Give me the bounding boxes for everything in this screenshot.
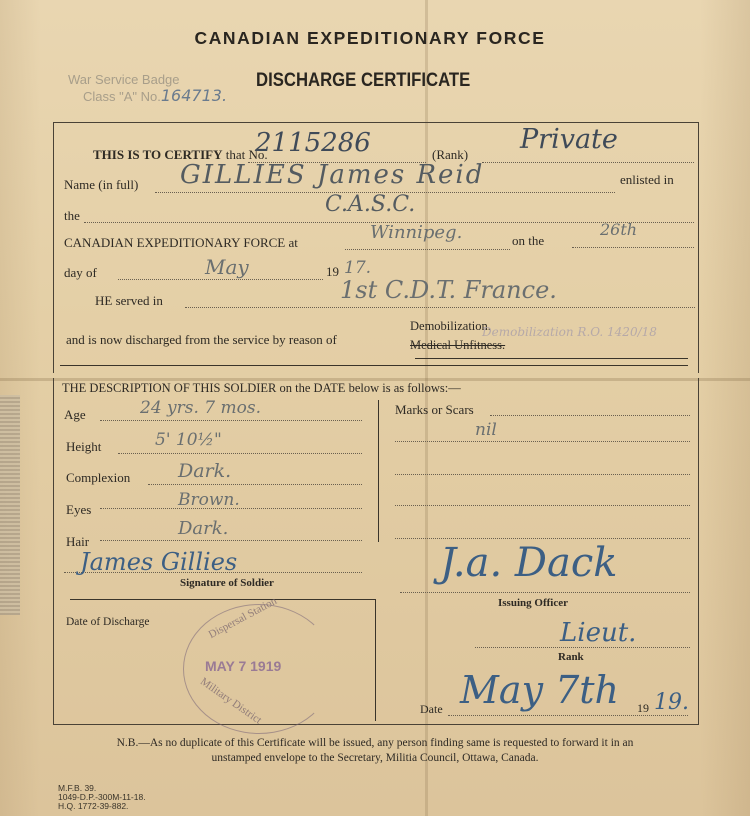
stamp-date: MAY 7 1919 (205, 658, 281, 674)
marks-line-4 (395, 505, 690, 506)
form-code-3: H.Q. 1772-39-882. (58, 802, 146, 811)
soldier-signature: James Gillies (80, 548, 237, 576)
enlisted-label: enlisted in (620, 172, 674, 188)
hair-value: Dark. (178, 518, 228, 539)
cef-at-label: CANADIAN EXPEDITIONARY FORCE at (64, 235, 298, 251)
nb-note-line2: unstamped envelope to the Secretary, Mil… (0, 751, 750, 766)
discharge-reason-label: and is now discharged from the service b… (66, 332, 337, 348)
soldier-signature-label: Signature of Soldier (180, 577, 274, 589)
date-line (448, 715, 688, 716)
badge-stamp-line2: Class "A" No.164713. (58, 88, 227, 105)
badge-number: 164713. (161, 86, 227, 105)
nb-note-line1: N.B.—As no duplicate of this Certificate… (0, 736, 750, 751)
nb-note: N.B.—As no duplicate of this Certificate… (0, 736, 750, 766)
name-label: Name (in full) (64, 177, 138, 193)
signed-year: 19. (654, 690, 689, 715)
enlistment-year: 17. (344, 258, 371, 278)
marks-label: Marks or Scars (395, 402, 474, 418)
unit-value: C.A.S.C. (325, 192, 415, 217)
date-label: Date (420, 702, 443, 717)
document-subtitle: DISCHARGE CERTIFICATE (256, 70, 470, 92)
month-line (118, 279, 323, 280)
day-line (572, 247, 694, 248)
complexion-line (148, 484, 362, 485)
hair-line (100, 540, 362, 541)
description-heading: THE DESCRIPTION OF THIS SOLDIER on the D… (62, 381, 461, 396)
discharge-box-top (70, 599, 375, 600)
reason-demobilization: Demobilization. (410, 319, 491, 334)
age-value: 24 yrs. 7 mos. (140, 398, 261, 418)
signed-date: May 7th (460, 668, 619, 712)
age-label: Age (64, 407, 86, 423)
on-the-label: on the (512, 233, 544, 249)
age-line (100, 420, 362, 421)
height-label: Height (66, 439, 101, 455)
service-number: 2115286 (255, 128, 371, 158)
marks-line-3 (395, 474, 690, 475)
eyes-label: Eyes (66, 502, 91, 518)
signed-year-prefix: 19 (637, 701, 649, 716)
marks-line-2 (395, 441, 690, 442)
served-value: 1st C.D.T. France. (340, 276, 557, 304)
reason-rule (415, 358, 688, 359)
rank-value: Private (520, 124, 618, 155)
day-of-label: day of (64, 265, 97, 281)
discharge-box-right (375, 599, 376, 721)
height-line (118, 453, 362, 454)
reason-medical-unfitness: Medical Unfitness. (410, 338, 505, 353)
complexion-label: Complexion (66, 470, 130, 486)
served-line (185, 307, 695, 308)
officer-signature: J.a. Dack (440, 540, 617, 586)
issuing-officer-label: Issuing Officer (498, 597, 568, 609)
served-label: HE served in (95, 293, 163, 309)
year-prefix: 19 (326, 264, 339, 280)
reason-stamp: Demobilization R.O. 1420/18 (482, 325, 657, 339)
rank-line (482, 162, 694, 163)
enlistment-month: May (205, 255, 249, 279)
soldier-name: GILLIES James Reid (180, 160, 484, 190)
torn-edge-tape (0, 395, 20, 615)
height-value: 5' 10½" (155, 430, 222, 450)
enlistment-day: 26th (600, 220, 637, 239)
description-divider (378, 400, 379, 542)
the-label: the (64, 208, 80, 224)
rank-signature-label: Rank (558, 651, 584, 663)
officer-signature-line (400, 592, 690, 593)
document-title: CANADIAN EXPEDITIONARY FORCE (0, 28, 740, 49)
marks-value: nil (475, 420, 497, 440)
enlistment-place: Winnipeg. (370, 222, 462, 243)
officer-rank: Lieut. (560, 618, 636, 648)
marks-line-1 (490, 415, 690, 416)
marks-line-5 (395, 538, 690, 539)
eyes-value: Brown. (178, 490, 240, 510)
certify-bottom-rule (60, 365, 688, 366)
place-line (345, 249, 510, 250)
date-of-discharge-label: Date of Discharge (66, 616, 149, 628)
complexion-value: Dark. (178, 460, 231, 482)
war-service-badge-stamp: War Service Badge Class "A" No.164713. (58, 72, 227, 105)
form-codes: M.F.B. 39. 1049-D.P.-300M-11-18. H.Q. 17… (58, 784, 146, 811)
